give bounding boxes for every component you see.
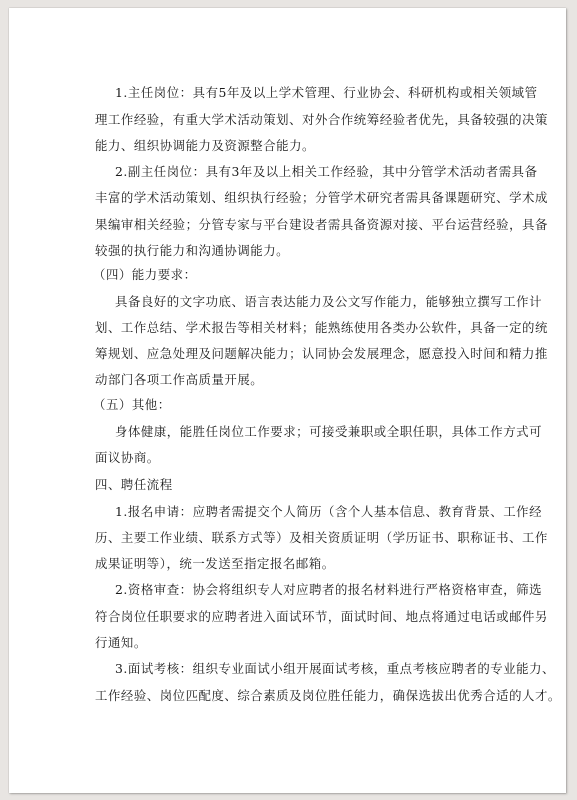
section-heading-ability: （四）能力要求： bbox=[93, 267, 485, 283]
text-line: 能力、组织协调能力及资源整合能力。 bbox=[95, 138, 487, 154]
text-line: 成果证明等），统一发送至指定报名邮箱。 bbox=[95, 556, 487, 572]
text-line: 工作经验、岗位匹配度、综合素质及岗位胜任能力，确保选拔出优秀合适的人才。 bbox=[95, 688, 487, 704]
text-line: 果编审相关经验；分管专家与平台建设者需具备资源对接、平台运营经验，具备 bbox=[95, 217, 487, 233]
text-line: 行通知。 bbox=[95, 635, 487, 651]
text-line: 丰富的学术活动策划、组织执行经验；分管学术研究者需具备课题研究、学术成 bbox=[95, 190, 487, 206]
text-line: 动部门各项工作高质量开展。 bbox=[95, 372, 487, 388]
text-line: 符合岗位任职要求的应聘者进入面试环节，面试时间、地点将通过电话或邮件另 bbox=[95, 609, 487, 625]
section-heading-other: （五）其他： bbox=[93, 397, 485, 413]
text-line: 面议协商。 bbox=[95, 450, 487, 466]
text-line: 具备良好的文字功底、语言表达能力及公文写作能力，能够独立撰写工作计 bbox=[115, 294, 507, 310]
text-line: 划、工作总结、学术报告等相关材料；能熟练使用各类办公软件，具备一定的统 bbox=[95, 320, 487, 336]
text-line: 筹规划、应急处理及问题解决能力；认同协会发展理念，愿意投入时间和精力推 bbox=[95, 346, 487, 362]
text-line: 身体健康，能胜任岗位工作要求；可接受兼职或全职任职，具体工作方式可 bbox=[115, 424, 507, 440]
text-line: 理工作经验，有重大学术活动策划、对外合作统筹经验者优先，具备较强的决策 bbox=[95, 112, 487, 128]
text-line: 1.主任岗位：具有5年及以上学术管理、行业协会、科研机构或相关领域管 bbox=[115, 85, 507, 101]
text-line: 历、主要工作业绩、联系方式等）及相关资质证明（学历证书、职称证书、工作 bbox=[95, 530, 487, 546]
text-line: 较强的执行能力和沟通协调能力。 bbox=[95, 243, 487, 259]
document-page: 1.主任岗位：具有5年及以上学术管理、行业协会、科研机构或相关领域管 理工作经验… bbox=[9, 8, 566, 793]
text-line: 2.资格审查：协会将组织专人对应聘者的报名材料进行严格资格审查，筛选 bbox=[115, 582, 507, 598]
text-line: 2.副主任岗位：具有3年及以上相关工作经验，其中分管学术活动者需具备 bbox=[115, 164, 507, 180]
text-line: 1.报名申请：应聘者需提交个人简历（含个人基本信息、教育背景、工作经 bbox=[115, 504, 507, 520]
section-heading-process: 四、聘任流程 bbox=[95, 477, 487, 493]
text-line: 3.面试考核：组织专业面试小组开展面试考核，重点考核应聘者的专业能力、 bbox=[115, 661, 507, 677]
